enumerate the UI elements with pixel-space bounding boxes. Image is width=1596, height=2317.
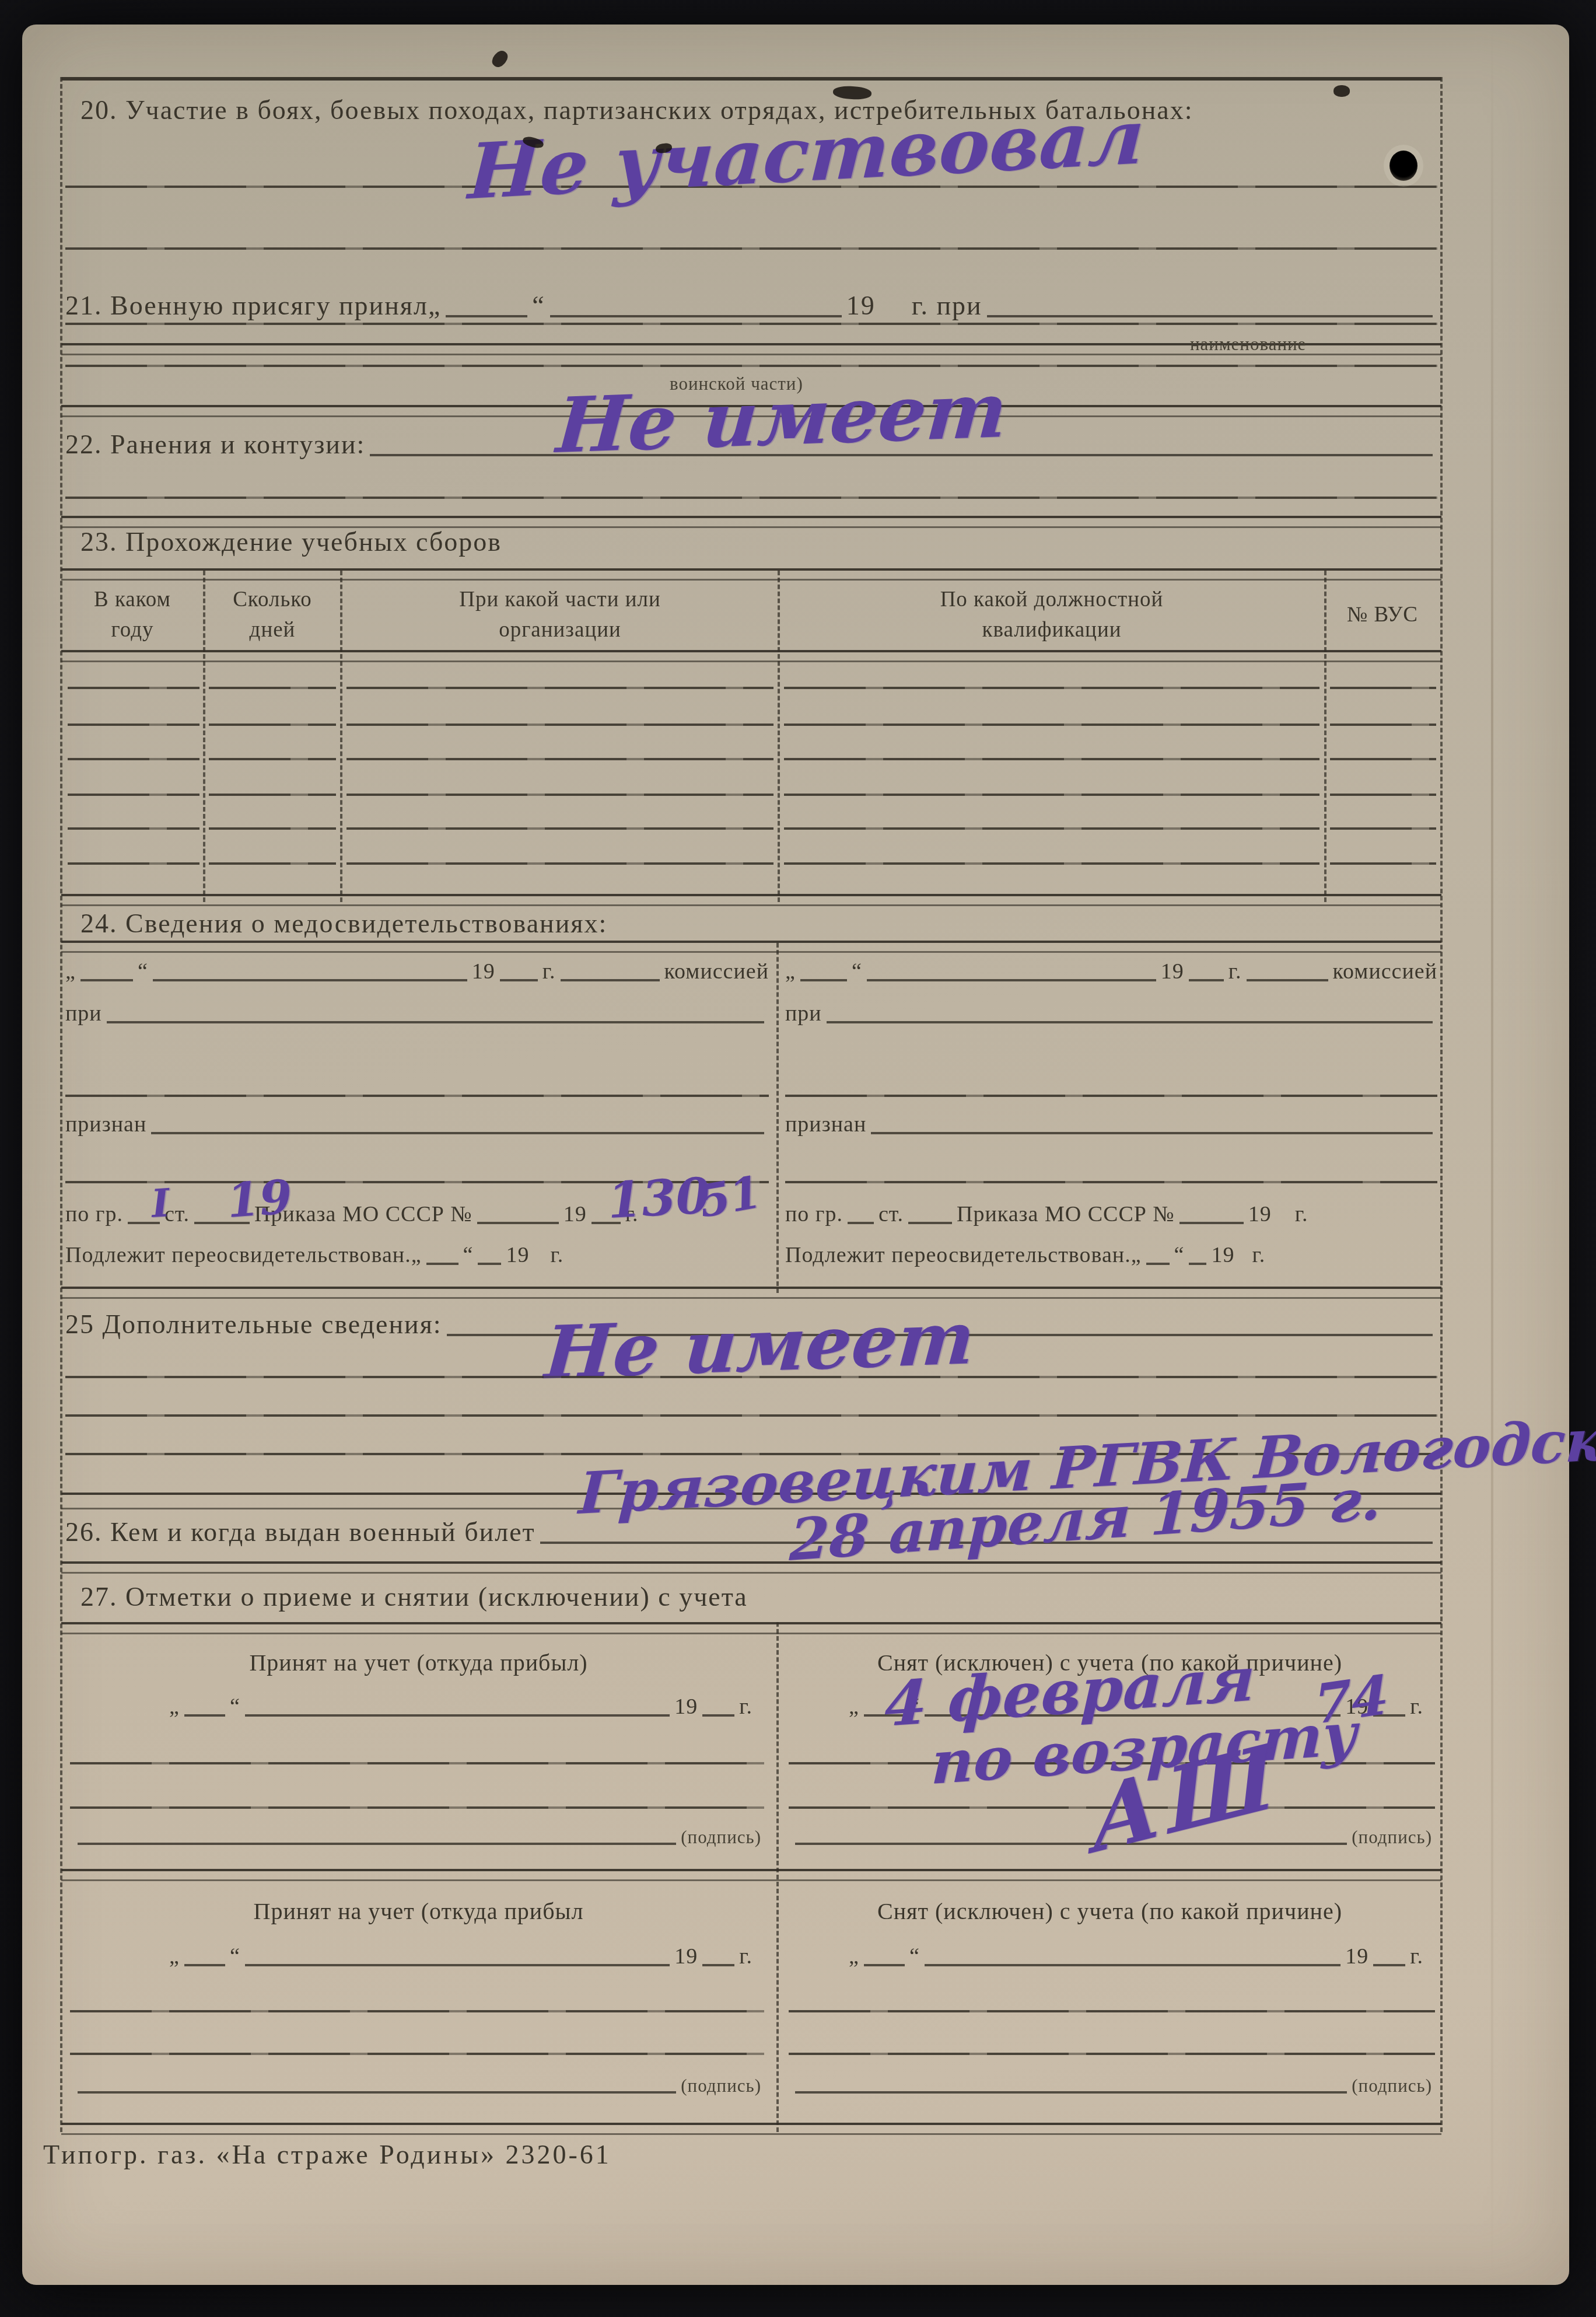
st-label: ст. [878, 1203, 904, 1230]
signature-caption: (подпись) [681, 2077, 761, 2099]
signature-caption: (подпись) [1352, 2077, 1432, 2099]
cell-line [346, 862, 773, 865]
pri-label: при [65, 1002, 102, 1029]
table-column-border [340, 571, 342, 902]
cell-line [68, 758, 199, 760]
cell-line [784, 862, 1319, 865]
g-label: г. [1252, 1244, 1265, 1271]
med-left-date-line: „ “ 19 г. комиссией [65, 957, 769, 987]
year-19: 19 [674, 1696, 698, 1722]
ruled-line [70, 2053, 764, 2055]
table-row-separator [61, 1869, 1441, 1881]
quote-close: “ [230, 1696, 240, 1722]
accepted-signature-line: (подпись) [73, 1822, 761, 1851]
accepted-date-line: „ “ 19 г. [169, 1692, 752, 1722]
cell-line [68, 687, 199, 689]
ruled-line [70, 2010, 764, 2012]
section-separator [61, 1561, 1441, 1574]
reexam-label: Подлежит переосвидетельствован. [785, 1244, 1131, 1271]
order-label: Приказа МО СССР № [957, 1203, 1175, 1230]
cell-line [346, 827, 773, 830]
blank-month [867, 978, 1156, 981]
cell-line [209, 794, 336, 796]
cell-line [1330, 724, 1436, 726]
g-label: г. [1410, 1696, 1423, 1722]
paper-crease [1491, 25, 1493, 2285]
med-right-reexam-line: Подлежит переосвидетельствован. „ “ 19 г… [785, 1240, 1437, 1271]
cell-line [68, 827, 199, 830]
ruled-line [65, 497, 1437, 499]
removed-date-line-2: „ “ 19 г. [849, 1942, 1423, 1972]
g-label: г. [739, 1945, 752, 1972]
blank-group [848, 1221, 874, 1224]
blank-month [1189, 1261, 1206, 1265]
year-19: 19 [1211, 1244, 1234, 1271]
blank-day [446, 314, 527, 317]
priznan-label: признан [65, 1113, 146, 1140]
handwritten-has-none-22: Не имеет [554, 372, 1010, 464]
signature-caption: (подпись) [681, 1828, 761, 1851]
blank-unit-name [987, 314, 1433, 317]
quote-open: „ [169, 1945, 180, 1972]
quote-close: “ [852, 960, 862, 987]
blank-commission [561, 978, 660, 981]
section-25-heading: 25 Дополнительные сведения: [65, 1310, 442, 1342]
cell-line [784, 758, 1319, 760]
blank-at [107, 1020, 764, 1023]
g-label: г. [550, 1244, 563, 1271]
ruled-line [785, 1095, 1437, 1097]
table-top-border [61, 568, 1441, 581]
col-header-vus: № ВУС [1325, 600, 1440, 630]
blank-month [245, 1713, 670, 1717]
med-left-reexam-line: Подлежит переосвидетельствован. „ “ 19 г… [65, 1240, 769, 1271]
blank-day [80, 978, 133, 981]
pri-label: при [785, 1002, 822, 1029]
year-19: 19 [846, 292, 876, 323]
blank-month [478, 1261, 501, 1265]
quote-open: „ [428, 292, 441, 323]
med-left-priznan-line: признан [65, 1110, 769, 1140]
blank-order-no [1179, 1221, 1244, 1224]
table-header-border [61, 650, 1441, 662]
form-top-border [61, 77, 1441, 81]
blank-order-no [477, 1221, 559, 1224]
accepted-header: Принят на учет (откуда прибыл) [67, 1647, 770, 1679]
quote-close: “ [230, 1945, 240, 1972]
year-19: 19 [506, 1244, 529, 1271]
scan-background: 20. Участие в боях, боевых походах, парт… [0, 0, 1596, 2317]
ruled-line [70, 1762, 764, 1764]
med-right-order-line: по гр. ст. Приказа МО СССР № 19 г. [785, 1197, 1437, 1230]
caption-name: наименование [1190, 334, 1306, 355]
quote-open: „ [1131, 1244, 1142, 1271]
blank-day [864, 1963, 905, 1966]
quote-close: “ [1174, 1244, 1185, 1271]
blank-day [184, 1713, 225, 1717]
ruled-line [65, 365, 1437, 367]
year-19: 19 [472, 960, 495, 987]
blank-recognized [871, 1131, 1433, 1134]
handwritten-group: I [150, 1183, 170, 1223]
punch-hole [1389, 151, 1417, 181]
ruled-line [789, 2010, 1435, 2012]
section-22-heading: 22. Ранения и контузии: [65, 431, 365, 462]
ruled-line [785, 1181, 1437, 1183]
form-left-border [60, 77, 62, 2132]
blank-commission [1247, 978, 1328, 981]
year-19: 19 [1248, 1203, 1272, 1230]
g-label: г. [1410, 1945, 1423, 1972]
form-bottom-border [61, 2123, 1441, 2135]
cell-line [68, 724, 199, 726]
handwritten-order-year: 51 [696, 1170, 764, 1224]
quote-open: „ [849, 1945, 859, 1972]
g-pri-label: г. при [912, 292, 982, 323]
quote-open: „ [849, 1696, 859, 1722]
blank-month [550, 314, 842, 317]
cell-line [784, 687, 1319, 689]
cell-line [784, 827, 1319, 830]
quote-close: “ [138, 960, 148, 987]
blank-article [908, 1221, 952, 1224]
quote-open: „ [411, 1244, 422, 1271]
blank-year [500, 978, 538, 981]
accepted-signature-line-2: (подпись) [73, 2070, 761, 2099]
blank-recognized [151, 1131, 764, 1134]
year-19: 19 [1345, 1945, 1368, 1972]
col-header-year: В какомгоду [63, 585, 202, 645]
blank-year [702, 1963, 734, 1966]
blank-signature [78, 1841, 676, 1845]
commission-label: комиссией [1333, 960, 1437, 987]
g-label: г. [739, 1696, 752, 1722]
ruled-line [70, 1806, 764, 1809]
section-21-heading: 21. Военную присягу принял [65, 292, 428, 323]
cell-line [784, 724, 1319, 726]
section-27-heading: 27. Отметки о приеме и снятии (исключени… [80, 1581, 748, 1612]
quote-close: “ [909, 1945, 920, 1972]
section-separator [61, 1287, 1441, 1299]
g-label: г. [1228, 960, 1242, 987]
cell-line [346, 758, 773, 760]
blank-day [1146, 1261, 1170, 1265]
cell-line [68, 862, 199, 865]
cell-line [1330, 862, 1436, 865]
table-bottom-border [61, 894, 1441, 906]
section-23-heading: 23. Прохождение учебных сборов [80, 526, 502, 557]
cell-line [1330, 827, 1436, 830]
blank-day [800, 978, 847, 981]
removed-header-2: Снят (исключен) с учета (по какой причин… [782, 1895, 1438, 1928]
blank-year [1189, 978, 1224, 981]
ruled-line [65, 247, 1437, 250]
commission-label: комиссией [664, 960, 769, 987]
quote-open: „ [169, 1696, 180, 1722]
col-header-qualification: По какой должностнойквалификации [780, 585, 1323, 645]
blank-signature [78, 2090, 676, 2094]
ruled-line [65, 1376, 1437, 1378]
year-19: 19 [674, 1945, 698, 1972]
removed-signature-line-2: (подпись) [790, 2070, 1432, 2099]
cell-line [209, 724, 336, 726]
blank-month [245, 1963, 670, 1966]
med-right-pri-line: при [785, 999, 1437, 1029]
ruled-line [789, 2053, 1435, 2055]
priznan-label: признан [785, 1113, 866, 1140]
med-left-pri-line: при [65, 999, 769, 1029]
section-21-line: 21. Военную присягу принял „ “ 19 г. при [65, 291, 1437, 323]
po-gr-label: по гр. [65, 1203, 123, 1230]
signature-caption: (подпись) [1352, 1828, 1432, 1851]
cell-line [68, 794, 199, 796]
section-24-heading: 24. Сведения о медосвидетельствованиях: [80, 908, 607, 939]
blank-day [184, 1963, 225, 1966]
table-column-border [778, 571, 780, 902]
cell-line [1330, 687, 1436, 689]
cell-line [346, 794, 773, 796]
accepted-date-line-2: „ “ 19 г. [169, 1942, 752, 1972]
quote-open: „ [785, 960, 796, 987]
quote-open: „ [65, 960, 76, 987]
blank-day [426, 1261, 459, 1265]
cell-line [784, 794, 1319, 796]
quote-close: “ [532, 292, 545, 323]
paper-speck [1333, 85, 1350, 97]
section-separator [61, 941, 1441, 953]
handwritten-article: 19 [225, 1173, 293, 1224]
g-label: г. [542, 960, 556, 987]
blank-signature [795, 1841, 1347, 1845]
cell-line [346, 724, 773, 726]
po-gr-label: по гр. [785, 1203, 843, 1230]
cell-line [346, 687, 773, 689]
blank-year [1373, 1963, 1405, 1966]
cell-line [209, 758, 336, 760]
col-header-days: Сколькодней [205, 585, 339, 645]
year-19: 19 [1161, 960, 1184, 987]
year-19: 19 [563, 1203, 587, 1230]
reexam-label: Подлежит переосвидетельствован. [65, 1244, 411, 1271]
quote-close: “ [463, 1244, 474, 1271]
table-top-border [61, 1622, 1441, 1634]
cell-line [209, 827, 336, 830]
blank-signature [795, 2090, 1347, 2094]
med-column-divider [776, 943, 779, 1293]
accepted-header-2: Принят на учет (откуда прибыл [67, 1895, 770, 1928]
section-26-heading: 26. Кем и когда выдан военный билет [65, 1518, 535, 1550]
form-right-border [1440, 77, 1443, 2132]
ruled-line [65, 1414, 1437, 1417]
print-shop-footer: Типогр. газ. «На страже Родины» 2320-61 [43, 2139, 611, 2170]
cell-line [209, 687, 336, 689]
ruled-line [65, 1095, 769, 1097]
g-label: г. [1295, 1203, 1308, 1230]
blank-at [827, 1020, 1433, 1023]
blank-month [153, 978, 467, 981]
med-right-priznan-line: признан [785, 1110, 1437, 1140]
blank-month [925, 1963, 1340, 1966]
cell-line [209, 862, 336, 865]
cell-line [1330, 794, 1436, 796]
med-right-date-line: „ “ 19 г. комиссией [785, 957, 1437, 987]
blank-year [702, 1713, 734, 1717]
cell-line [1330, 758, 1436, 760]
col-header-unit: При какой части илиорганизации [343, 585, 777, 645]
